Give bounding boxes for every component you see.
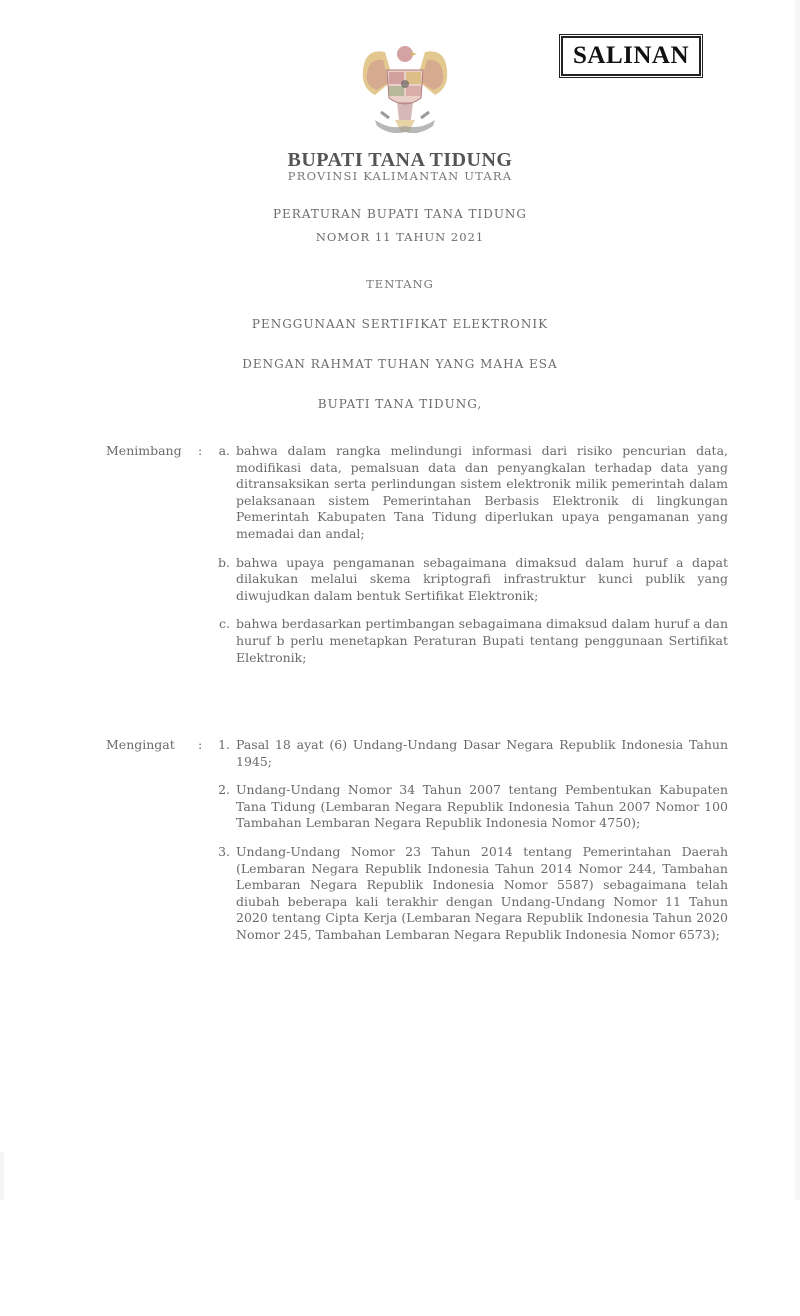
salinan-stamp: SALINAN	[561, 36, 701, 76]
item-marker: 1.	[214, 737, 230, 752]
authority: BUPATI TANA TIDUNG,	[0, 397, 800, 411]
mengingat-item: 2. Undang-Undang Nomor 34 Tahun 2007 ten…	[106, 782, 728, 832]
regulation-number: NOMOR 11 TAHUN 2021	[0, 230, 800, 244]
item-text: bahwa upaya pengamanan sebagaimana dimak…	[236, 555, 728, 605]
about-heading: TENTANG	[0, 277, 800, 291]
item-marker: a.	[214, 443, 230, 458]
menimbang-item: a. bahwa dalam rangka melindungi informa…	[106, 443, 728, 543]
regulation-title: PERATURAN BUPATI TANA TIDUNG	[0, 207, 800, 221]
garuda-pancasila-emblem-icon	[355, 40, 455, 140]
mengingat-item: 3. Undang-Undang Nomor 23 Tahun 2014 ten…	[106, 844, 728, 944]
menimbang-section: Menimbang : a. bahwa dalam rangka melind…	[106, 443, 728, 678]
item-marker: 2.	[214, 782, 230, 797]
page-edge-left	[0, 1152, 4, 1200]
item-text: Pasal 18 ayat (6) Undang-Undang Dasar Ne…	[236, 737, 728, 770]
item-text: bahwa berdasarkan pertimbangan sebagaima…	[236, 616, 728, 666]
preamble: DENGAN RAHMAT TUHAN YANG MAHA ESA	[0, 357, 800, 371]
menimbang-item: b. bahwa upaya pengamanan sebagaimana di…	[106, 555, 728, 605]
menimbang-item: c. bahwa berdasarkan pertimbangan sebaga…	[106, 616, 728, 666]
item-text: Undang-Undang Nomor 34 Tahun 2007 tentan…	[236, 782, 728, 832]
item-marker: b.	[214, 555, 230, 570]
item-text: Undang-Undang Nomor 23 Tahun 2014 tentan…	[236, 844, 728, 944]
item-marker: c.	[214, 616, 230, 631]
mengingat-item: 1. Pasal 18 ayat (6) Undang-Undang Dasar…	[106, 737, 728, 770]
item-marker: 3.	[214, 844, 230, 859]
mengingat-section: Mengingat : 1. Pasal 18 ayat (6) Undang-…	[106, 737, 728, 956]
regulation-subject: PENGGUNAAN SERTIFIKAT ELEKTRONIK	[0, 317, 800, 331]
province-name: PROVINSI KALIMANTAN UTARA	[0, 169, 800, 183]
document-page: SALINAN BUPATI TANA TIDUNG PROVINSI KALI…	[0, 0, 800, 1316]
item-text: bahwa dalam rangka melindungi informasi …	[236, 443, 728, 543]
